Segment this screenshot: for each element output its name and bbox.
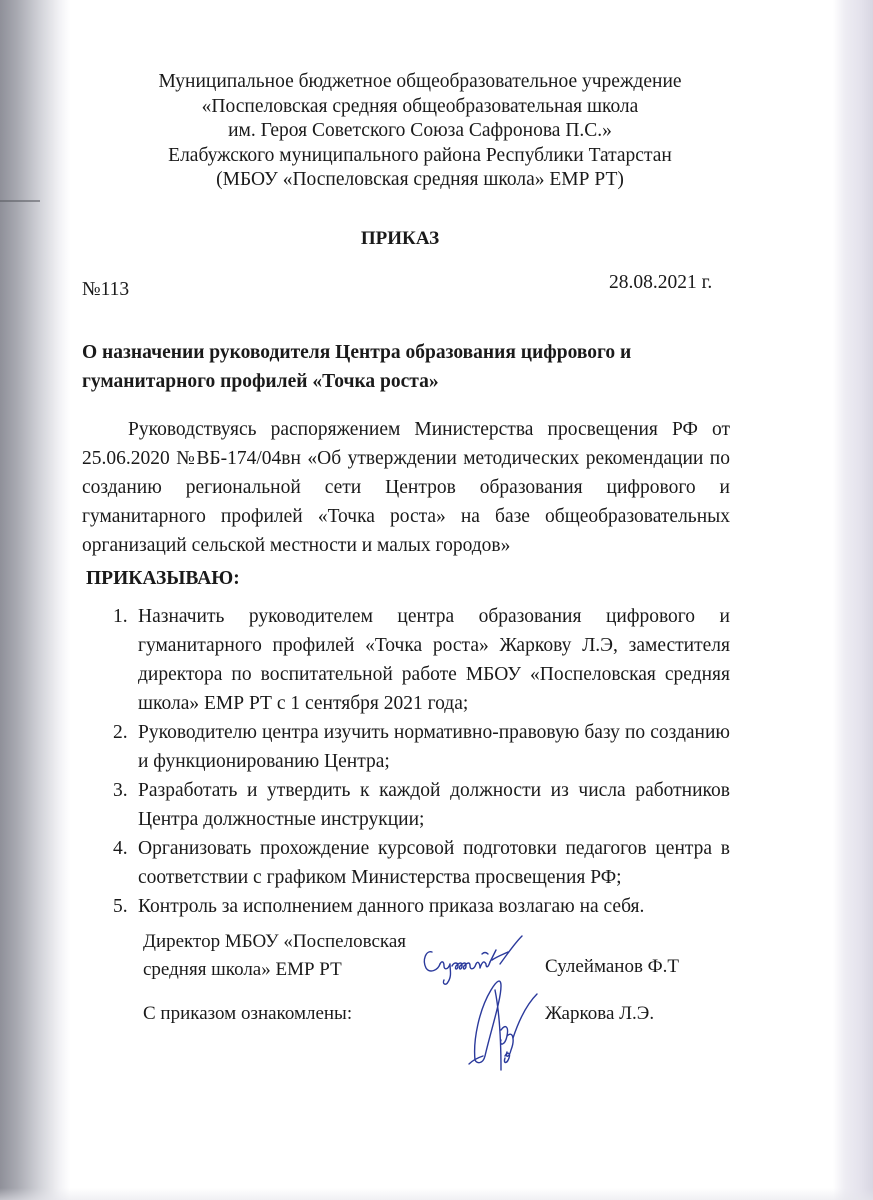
- order-number: №113: [82, 279, 129, 301]
- order-date: 28.08.2021 г.: [609, 272, 712, 294]
- order-item: 4. Организовать прохождение курсовой под…: [113, 834, 730, 892]
- order-item: 3. Разработать и утвердить к каждой долж…: [113, 776, 730, 834]
- director-name: Сулейманов Ф.Т: [545, 956, 679, 978]
- order-item-text: Разработать и утвердить к каждой должнос…: [138, 780, 730, 830]
- header-line: Елабужского муниципального района Респуб…: [100, 144, 740, 169]
- acknowledgement-signature-icon: [455, 960, 555, 1080]
- director-title-line: Директор МБОУ «Поспеловская: [143, 928, 406, 956]
- order-item-number: 1.: [113, 602, 128, 631]
- header-line: «Поспеловская средняя общеобразовательна…: [100, 95, 740, 120]
- order-item: 5. Контроль за исполнением данного прика…: [113, 892, 730, 921]
- director-title: Директор МБОУ «Поспеловская средняя школ…: [143, 928, 406, 984]
- order-item-number: 3.: [113, 776, 128, 805]
- header-line: им. Героя Советского Союза Сафронова П.С…: [100, 119, 740, 144]
- document-title: ПРИКАЗ: [0, 228, 800, 250]
- order-subject: О назначении руководителя Центра образов…: [82, 338, 742, 396]
- document-page: Муниципальное бюджетное общеобразователь…: [0, 0, 873, 1200]
- order-item-text: Организовать прохождение курсовой подгот…: [138, 838, 730, 888]
- order-item-number: 2.: [113, 718, 128, 747]
- acknowledged-person-name: Жаркова Л.Э.: [545, 1003, 654, 1025]
- order-item: 2. Руководителю центра изучить нормативн…: [113, 718, 730, 776]
- institution-header: Муниципальное бюджетное общеобразователь…: [100, 70, 740, 193]
- header-line: (МБОУ «Поспеловская средняя школа» ЕМР Р…: [100, 168, 740, 193]
- order-items-list: 1. Назначить руководителем центра образо…: [113, 602, 730, 921]
- header-line: Муниципальное бюджетное общеобразователь…: [100, 70, 740, 95]
- acknowledgement-label: С приказом ознакомлены:: [143, 1003, 352, 1025]
- order-item-text: Руководителю центра изучить нормативно-п…: [138, 722, 730, 772]
- order-item-text: Назначить руководителем центра образован…: [138, 606, 730, 714]
- order-item: 1. Назначить руководителем центра образо…: [113, 602, 730, 718]
- order-item-number: 4.: [113, 834, 128, 863]
- order-item-text: Контроль за исполнением данного приказа …: [138, 896, 644, 917]
- preamble-paragraph: Руководствуясь распоряжением Министерств…: [82, 415, 730, 560]
- order-directive-heading: ПРИКАЗЫВАЮ:: [86, 568, 240, 590]
- order-item-number: 5.: [113, 892, 128, 921]
- director-title-line: средняя школа» ЕМР РТ: [143, 956, 406, 984]
